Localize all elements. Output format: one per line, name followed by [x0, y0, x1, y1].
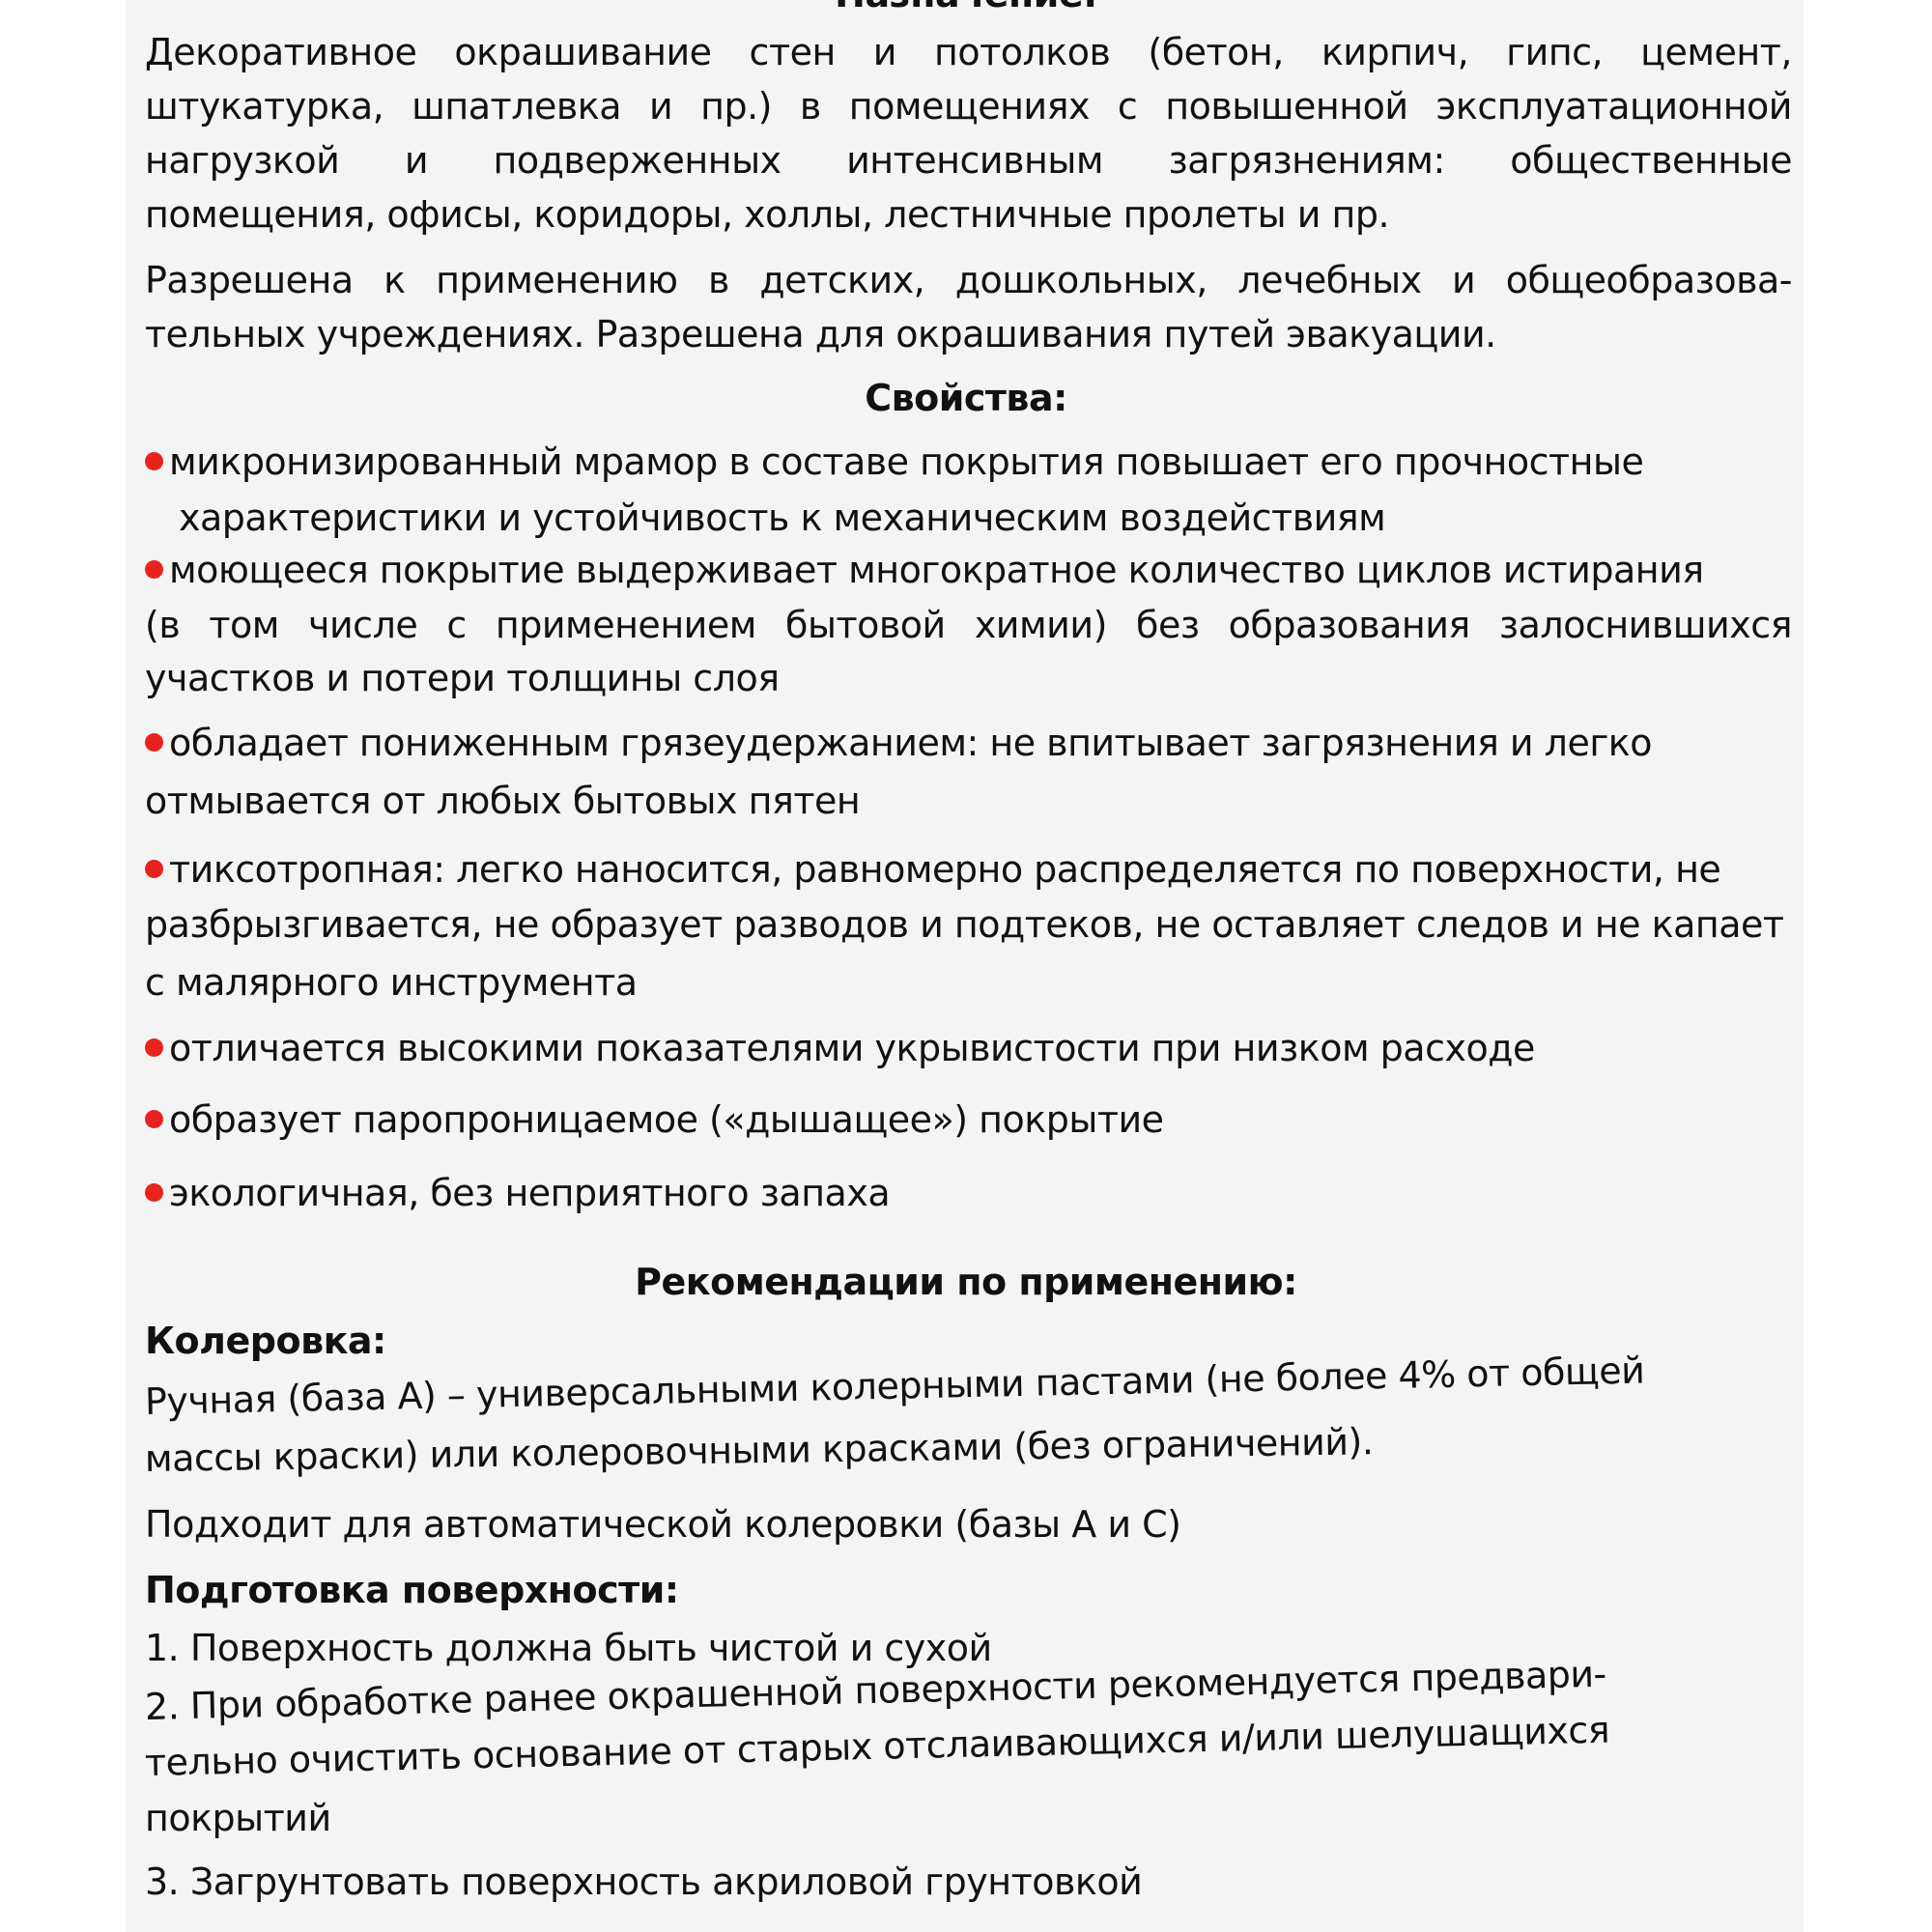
property-item-cont: участков и потери толщины слоя	[145, 655, 780, 701]
property-item-cont: с малярного инструмента	[145, 959, 638, 1006]
bullet-icon	[145, 1110, 163, 1128]
heading-purpose: Назначение:	[0, 0, 1932, 17]
property-item: микронизированный мрамор в составе покры…	[145, 439, 1643, 485]
heading-surface-prep: Подготовка поверхности:	[145, 1567, 679, 1613]
property-text: моющееся покрытие выдерживает многократн…	[169, 549, 1704, 591]
property-text: микронизированный мрамор в составе покры…	[169, 440, 1643, 483]
purpose-line: Разрешена к применению в детских, дошкол…	[145, 257, 1792, 303]
purpose-line: помещения, офисы, коридоры, холлы, лестн…	[145, 191, 1389, 238]
surface-prep-line: 1. Поверхность должна быть чистой и сухо…	[145, 1625, 992, 1671]
property-text: экологичная, без неприятного запаха	[169, 1172, 890, 1214]
bullet-icon	[145, 1183, 163, 1202]
property-text: отличается высокими показателями укрывис…	[169, 1027, 1535, 1069]
purpose-line: штукатурка, шпатлевка и пр.) в помещения…	[145, 83, 1792, 129]
property-item: обладает пониженным грязеудержанием: не …	[145, 720, 1652, 766]
property-item: отличается высокими показателями укрывис…	[145, 1025, 1535, 1071]
property-item-cont: (в том числе с применением бытовой химии…	[145, 602, 1792, 648]
property-text: тиксотропная: легко наносится, равномерн…	[169, 848, 1720, 891]
heading-tinting: Колеровка:	[145, 1318, 386, 1364]
bullet-icon	[145, 452, 163, 470]
surface-prep-line: покрытий	[145, 1795, 331, 1841]
purpose-line: Декоративное окрашивание стен и потолков…	[145, 29, 1792, 75]
purpose-line: нагрузкой и подверженных интенсивным заг…	[145, 137, 1792, 184]
bullet-icon	[145, 560, 163, 579]
property-item: моющееся покрытие выдерживает многократн…	[145, 547, 1704, 593]
property-text: образует паропроницаемое («дышащее») пок…	[169, 1098, 1164, 1141]
purpose-line: тельных учреждениях. Разрешена для окраш…	[145, 311, 1496, 357]
property-item: тиксотропная: легко наносится, равномерн…	[145, 846, 1720, 893]
property-item-cont: характеристики и устойчивость к механиче…	[179, 495, 1385, 541]
bullet-icon	[145, 733, 163, 752]
property-item: образует паропроницаемое («дышащее») пок…	[145, 1096, 1164, 1143]
property-text: обладает пониженным грязеудержанием: не …	[169, 722, 1652, 764]
surface-prep-line: 3. Загрунтовать поверхность акриловой гр…	[145, 1859, 1142, 1905]
bullet-icon	[145, 1038, 163, 1057]
heading-recommendations: Рекомендации по применению:	[0, 1259, 1932, 1305]
property-item-cont: разбрызгивается, не образует разводов и …	[145, 901, 1784, 948]
heading-properties: Свойства:	[0, 375, 1932, 421]
bullet-icon	[145, 860, 163, 878]
tinting-line: Подходит для автоматической колеровки (б…	[145, 1501, 1180, 1548]
property-item-cont: отмывается от любых бытовых пятен	[145, 778, 860, 824]
property-item: экологичная, без неприятного запаха	[145, 1170, 890, 1216]
